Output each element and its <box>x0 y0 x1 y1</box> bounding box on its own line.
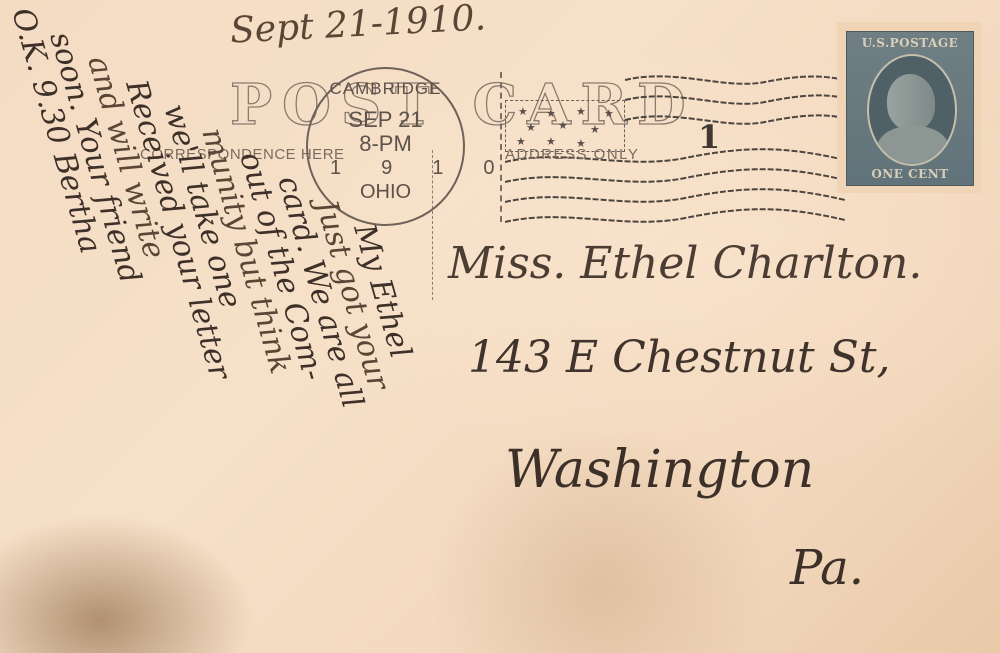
postage-stamp: U.S.POSTAGE ONE CENT <box>840 25 978 190</box>
address-city: Washington <box>505 440 814 500</box>
postmark-year-right: 10 <box>432 157 534 179</box>
cancel-number: 1 <box>698 118 720 156</box>
stamp-denomination: ONE CENT <box>847 167 973 181</box>
handwritten-message: My EthelJust got yourcard. We are allout… <box>10 10 430 650</box>
flag-cancel: ★ ★ ★ ★ ★ ★ ★ ★ ★ ★ <box>505 100 625 152</box>
stamp-design: U.S.POSTAGE ONE CENT <box>846 31 974 186</box>
stamp-top-text: U.S.POSTAGE <box>847 36 973 50</box>
flag-staff <box>500 72 502 222</box>
postcard-back: Sept 21-1910. POST CARD CORRESPONDENCE H… <box>0 0 1000 653</box>
franklin-portrait-icon <box>867 54 957 166</box>
address-state: Pa. <box>790 540 864 596</box>
address-recipient: Miss. Ethel Charlton. <box>448 238 922 289</box>
address-street: 143 E Chestnut St, <box>468 332 891 383</box>
